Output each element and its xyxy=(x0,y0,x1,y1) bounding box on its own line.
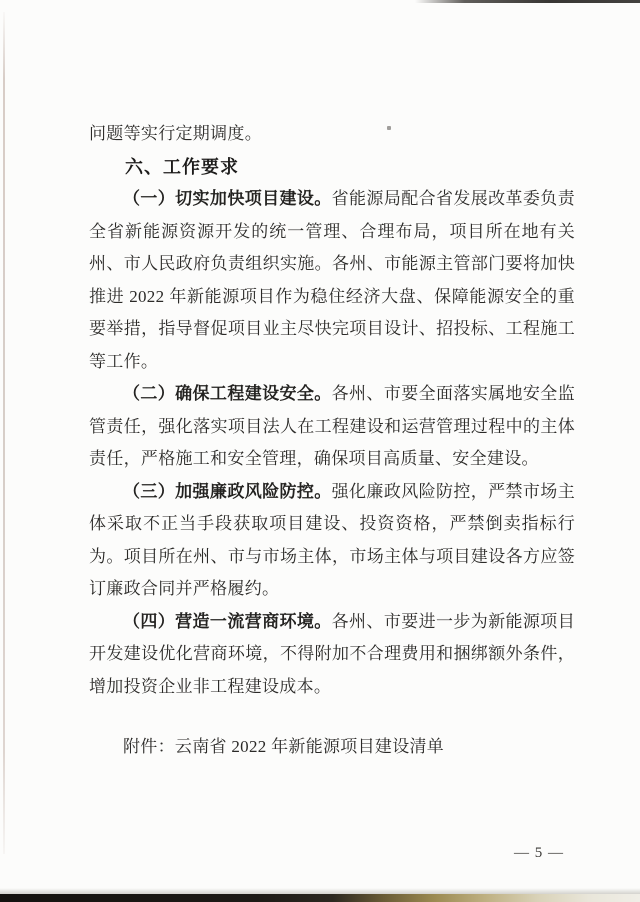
paragraph-1: （一）切实加快项目建设。省能源局配合省发展改革委负责全省新能源资源开发的统一管理… xyxy=(89,183,575,378)
attachment-line: 附件：云南省 2022 年新能源项目建设清单 xyxy=(89,731,575,764)
paragraph-4: （四）营造一流营商环境。各州、市要进一步为新能源项目开发建设优化营商环境，不得附… xyxy=(89,606,575,704)
section-heading: 六、工作要求 xyxy=(89,151,575,184)
scan-left-edge-artifact xyxy=(3,12,5,854)
paragraph-continuation: 问题等实行定期调度。 xyxy=(89,118,575,151)
scan-bottom-edge-artifact xyxy=(0,894,640,902)
paragraph-4-lead: （四）营造一流营商环境。 xyxy=(123,612,332,631)
page-number: — 5 — xyxy=(514,845,564,862)
paragraph-3: （三）加强廉政风险防控。强化廉政风险防控，严禁市场主体采取不正当手段获取项目建设… xyxy=(89,476,575,606)
scan-top-edge-artifact xyxy=(415,0,640,3)
paragraph-1-lead: （一）切实加快项目建设。 xyxy=(123,189,332,208)
paragraph-3-lead: （三）加强廉政风险防控。 xyxy=(123,482,332,501)
document-body: 问题等实行定期调度。 六、工作要求 （一）切实加快项目建设。省能源局配合省发展改… xyxy=(89,118,575,764)
paragraph-1-body: 省能源局配合省发展改革委负责全省新能源资源开发的统一管理、合理布局，项目所在地有… xyxy=(89,189,575,371)
paragraph-2-lead: （二）确保工程建设安全。 xyxy=(123,384,332,403)
paragraph-2: （二）确保工程建设安全。各州、市要全面落实属地安全监管责任，强化落实项目法人在工… xyxy=(89,378,575,476)
document-page: 问题等实行定期调度。 六、工作要求 （一）切实加快项目建设。省能源局配合省发展改… xyxy=(0,0,640,902)
